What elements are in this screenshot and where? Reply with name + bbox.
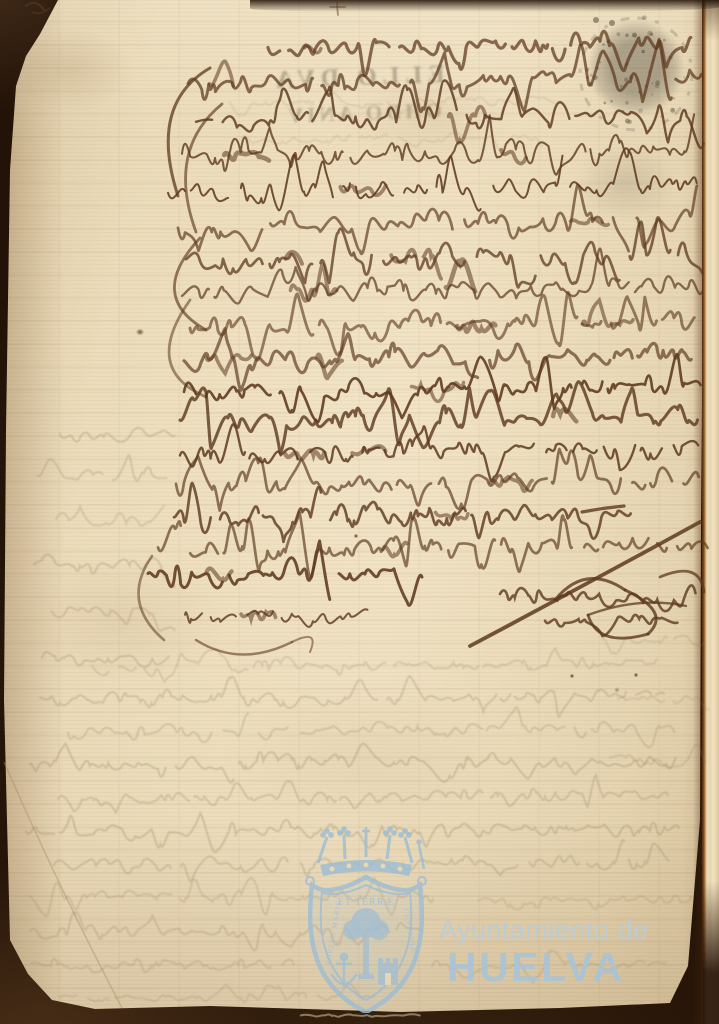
seal-speckle (663, 39, 666, 42)
ink-dot (570, 674, 573, 677)
handwriting-line (180, 424, 698, 481)
seal-speckle (617, 32, 621, 36)
seal-speckle (609, 20, 615, 26)
bleedthrough-line (618, 696, 708, 709)
bleedthrough-line (38, 455, 167, 481)
bleedthrough-line (56, 506, 164, 526)
seal-speckle (632, 33, 637, 38)
handwriting-line (174, 483, 631, 542)
seal-speckle (593, 17, 599, 23)
bleedthrough-line (432, 950, 665, 982)
seal-speckle (620, 85, 623, 88)
seal-speckle (647, 31, 652, 36)
bleedthrough-line (26, 813, 691, 852)
bleedthrough-line (52, 607, 175, 631)
handwriting-line (178, 185, 697, 254)
ink-flourish (196, 640, 292, 655)
handwriting-line (180, 382, 698, 453)
handwriting-line (186, 217, 703, 287)
ink-bold-stroke (501, 150, 526, 164)
seal-speckle (642, 50, 645, 53)
seal-speckle (610, 100, 613, 103)
handwriting-line (182, 249, 702, 304)
ink-bold-stroke (436, 512, 468, 520)
ink-flourish (32, 8, 50, 13)
seal-speckle (655, 84, 659, 88)
ink-flourish (625, 590, 656, 634)
ink-flourish (337, 1, 338, 15)
seal-speckle (604, 102, 607, 105)
ink-bold-stroke (285, 450, 324, 459)
bleedthrough-line (30, 878, 433, 917)
bleedthrough-line (478, 895, 691, 909)
ink-dot (634, 673, 637, 676)
ink-bold-stroke (457, 322, 495, 332)
seal-speckle (625, 33, 629, 37)
seal-speckle (602, 43, 605, 46)
ink-bold-stroke (553, 409, 576, 422)
handwriting-line (176, 449, 699, 511)
bleedthrough-line (32, 959, 294, 973)
bleedthrough-line (68, 707, 674, 747)
handwriting-line (268, 31, 691, 75)
seal-speckle (673, 97, 676, 100)
bleedthrough-line (40, 676, 664, 717)
ink-flourish (186, 104, 222, 232)
paper-crease (4, 762, 122, 1008)
bleedthrough-line (60, 428, 175, 442)
bleedthrough-line (30, 743, 682, 782)
seal-speckle (590, 74, 593, 77)
seal-speckle (625, 101, 629, 105)
bleedthrough-line (60, 984, 374, 1002)
ink-flourish (292, 637, 313, 652)
handwriting-line (190, 292, 694, 360)
signature-line (500, 585, 696, 611)
handwriting-layer (0, 0, 719, 1024)
seal-speckle (639, 109, 643, 113)
manuscript-text (148, 31, 708, 627)
bleedthrough-line (54, 840, 669, 882)
seal-speckle (625, 119, 630, 124)
bleedthrough-line (242, 132, 542, 150)
ink-dot (354, 534, 357, 537)
manuscript-photo: ELLO DVA OHDO ANIV (0, 0, 719, 1024)
seal-speckle (642, 15, 647, 20)
seal-speckle (651, 93, 653, 95)
ink-flourish (660, 571, 704, 592)
seal-speckle (683, 76, 685, 78)
ink-flourish (168, 68, 210, 196)
bleedthrough-line (42, 652, 169, 667)
bleedthrough-line (34, 554, 175, 586)
page-edge-marks (300, 1014, 421, 1017)
handwriting-line (148, 541, 427, 606)
ink-flourish (26, 3, 44, 10)
bleedthrough-line (58, 775, 668, 813)
ink-bold-stroke (206, 355, 251, 374)
signature-line (545, 615, 677, 636)
seal-speckle (652, 82, 654, 84)
ink-bold-stroke (224, 152, 269, 160)
seal-speckle (670, 108, 675, 113)
